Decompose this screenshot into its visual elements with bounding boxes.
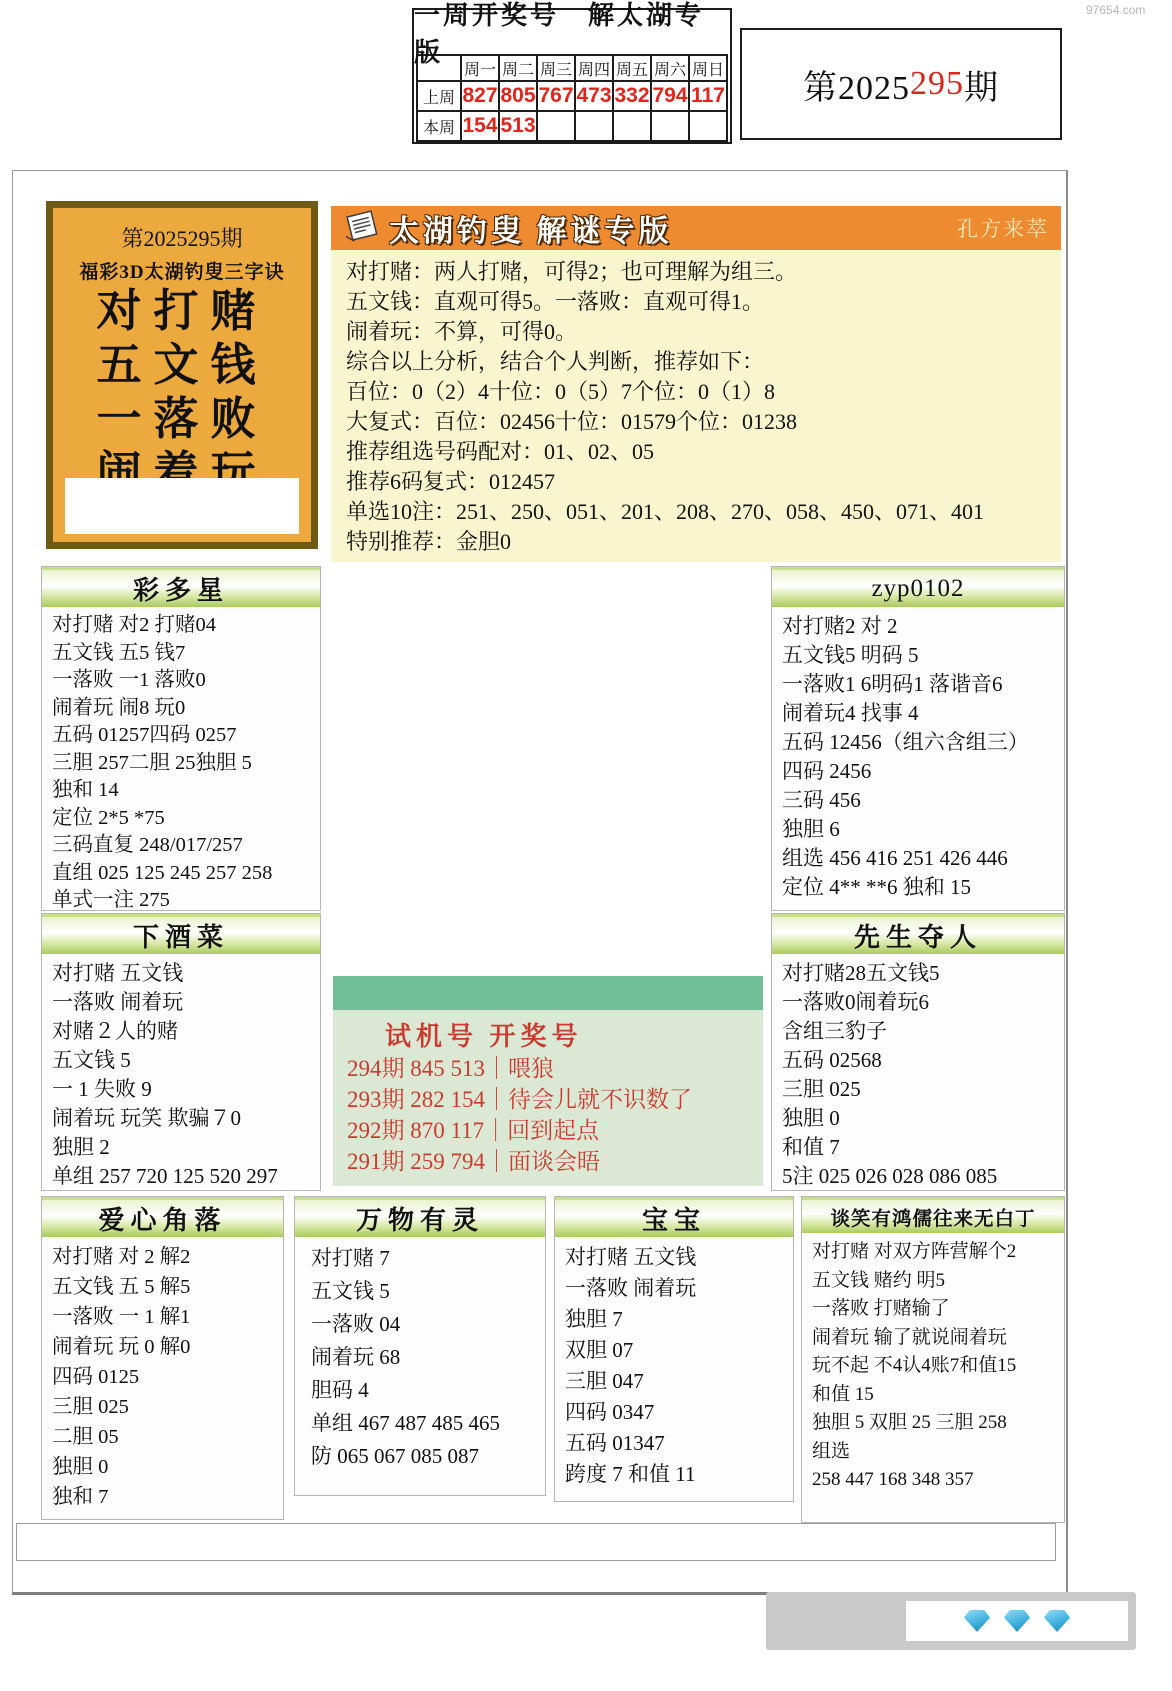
text-line: 五文钱 五 5 解5 <box>52 1272 273 1302</box>
panel-header: 彩多星 <box>42 567 320 607</box>
panel-wan-wu-you-ling: 万物有灵 对打赌 7五文钱 5一落败 04闹着玩 68胆码 4单组 467 48… <box>294 1196 546 1496</box>
table-cell: 周六 <box>651 55 689 81</box>
riddle-line: 一落败 <box>53 392 311 446</box>
text-line: 对打赌：两人打赌，可得2；也可理解为组三。 <box>346 257 1046 287</box>
main-content-frame: 第2025295期 福彩3D太湖钓叟三字诀 对打赌 五文钱 一落败 闹着玩 太湖… <box>12 170 1068 1595</box>
panel-header: 宝宝 <box>555 1197 793 1237</box>
draw-history-rows: 294期 845 513｜喂狼293期 282 154｜待会儿就不识数了292期… <box>333 1053 763 1177</box>
text-line: 单组 257 720 125 520 297 <box>52 1162 310 1191</box>
table-cell: 805 <box>499 81 537 111</box>
table-cell: 154 <box>461 111 499 141</box>
text-line: 对打赌28五文钱5 <box>782 959 1054 988</box>
text-line: 胆码 4 <box>311 1374 535 1407</box>
text-line: 单选10注：251、250、051、201、208、270、058、450、07… <box>346 497 1046 527</box>
week-table-title: 一周开奖号 解太湖专版 <box>414 10 730 54</box>
draw-history-title: 试机号 开奖号 <box>333 1010 763 1053</box>
table-cell: 周二 <box>499 55 537 81</box>
footer-blank-bar <box>16 1523 1056 1561</box>
text-line: 玩不起 不4认4账7和值15 <box>812 1352 1054 1381</box>
panel-body: 对打赌 7五文钱 5一落败 04闹着玩 68胆码 4单组 467 487 485… <box>295 1237 545 1478</box>
memo-icon <box>343 209 381 248</box>
text-line: 三码直复 248/017/257 <box>52 832 310 860</box>
analysis-panel-note: 孔方来萃 <box>957 213 1049 243</box>
text-line: 单式一注 275 <box>52 887 310 915</box>
text-line: 三码 456 <box>782 786 1054 815</box>
text-line: 一落败 闹着玩 <box>565 1273 783 1304</box>
text-line: 五码 01347 <box>565 1428 783 1459</box>
text-line: 293期 282 154｜待会儿就不识数了 <box>333 1084 763 1115</box>
panel-tan-xiao: 谈笑有鸿儒往来无白丁 对打赌 对双方阵营解个2五文钱 赌约 明5一落败 打赌输了… <box>801 1196 1065 1523</box>
diamond-icon <box>1004 1610 1030 1632</box>
text-line: 对赌２人的赌 <box>52 1017 310 1046</box>
text-line: 独胆 2 <box>52 1133 310 1162</box>
table-cell: 473 <box>575 81 613 111</box>
text-line: 292期 870 117｜回到起点 <box>333 1115 763 1146</box>
text-line: 五文钱 赌约 明5 <box>812 1267 1054 1296</box>
text-line: 五码 01257四码 0257 <box>52 722 310 750</box>
panel-body: 对打赌 五文钱一落败 闹着玩独胆 7双胆 07三胆 047四码 0347五码 0… <box>555 1237 793 1495</box>
panel-body: 对打赌 对2 打赌04五文钱 五5 钱7一落败 一1 落败0闹着玩 闹8 玩0五… <box>42 607 320 920</box>
text-line: 独胆 0 <box>52 1452 273 1482</box>
text-line: 防 065 067 085 087 <box>311 1440 535 1473</box>
panel-header: 谈笑有鸿儒往来无白丁 <box>802 1197 1064 1233</box>
text-line: 五文钱 5 <box>311 1275 535 1308</box>
text-line: 三胆 025 <box>782 1075 1054 1104</box>
text-line: 一落败0闹着玩6 <box>782 988 1054 1017</box>
table-cell <box>575 111 613 141</box>
analysis-panel-body: 对打赌：两人打赌，可得2；也可理解为组三。五文钱：直观可得5。一落败：直观可得1… <box>331 250 1061 562</box>
text-line: 推荐6码复式：012457 <box>346 467 1046 497</box>
text-line: 和值 15 <box>812 1381 1054 1410</box>
table-cell: 周一 <box>461 55 499 81</box>
text-line: 对打赌 五文钱 <box>52 959 310 988</box>
issue-suffix: 期 <box>964 60 999 109</box>
issue-highlight: 295 <box>910 65 964 103</box>
text-line: 三胆 257二胆 25独胆 5 <box>52 750 310 778</box>
panel-ai-xin-jiao-luo: 爱心角落 对打赌 对 2 解2五文钱 五 5 解5一落败 一 1 解1闹着玩 玩… <box>41 1196 284 1520</box>
text-line: 二胆 05 <box>52 1422 273 1452</box>
text-line: 含组三豹子 <box>782 1017 1054 1046</box>
text-line: 闹着玩 玩笑 欺骗７0 <box>52 1104 310 1133</box>
week-draw-table-box: 一周开奖号 解太湖专版 周一 周二 周三 周四 周五 周六 周日 上周 827 … <box>412 8 732 144</box>
text-line: 一 1 失败 9 <box>52 1075 310 1104</box>
text-line: 独胆 0 <box>782 1104 1054 1133</box>
panel-header: 爱心角落 <box>42 1197 283 1237</box>
text-line: 对打赌 7 <box>311 1242 535 1275</box>
text-line: 一落败 闹着玩 <box>52 988 310 1017</box>
panel-body: 对打赌28五文钱5一落败0闹着玩6含组三豹子五码 02568三胆 025独胆 0… <box>772 954 1064 1196</box>
text-line: 独和 14 <box>52 777 310 805</box>
panel-header: zyp0102 <box>772 567 1064 607</box>
text-line: 291期 259 794｜面谈会晤 <box>333 1146 763 1177</box>
footer-gray-bar <box>766 1592 1136 1650</box>
text-line: 四码 2456 <box>782 757 1054 786</box>
draw-history-header-band <box>333 976 763 1010</box>
panel-xia-jiu-cai: 下酒菜 对打赌 五文钱一落败 闹着玩对赌２人的赌五文钱 5一 1 失败 9闹着玩… <box>41 913 321 1191</box>
panel-xian-sheng-duo-ren: 先生夺人 对打赌28五文钱5一落败0闹着玩6含组三豹子五码 02568三胆 02… <box>771 913 1065 1191</box>
analysis-panel-header: 太湖钓叟 解谜专版 孔方来萃 <box>331 206 1061 250</box>
text-line: 闹着玩 闹8 玩0 <box>52 695 310 723</box>
table-cell: 794 <box>651 81 689 111</box>
text-line: 对打赌 五文钱 <box>565 1242 783 1273</box>
table-cell: 周三 <box>537 55 575 81</box>
text-line: 一落败 一 1 解1 <box>52 1302 273 1332</box>
text-line: 四码 0347 <box>565 1397 783 1428</box>
riddle-line: 对打赌 <box>53 284 311 338</box>
text-line: 一落败 04 <box>311 1308 535 1341</box>
table-cell: 117 <box>689 81 727 111</box>
riddle-card-subtitle: 福彩3D太湖钓叟三字诀 <box>53 257 311 284</box>
issue-number-box: 第2025295期 <box>740 28 1062 140</box>
text-line: 闹着玩4 找事 4 <box>782 699 1054 728</box>
text-line: 闹着玩 玩 0 解0 <box>52 1332 273 1362</box>
riddle-card-blank-box <box>65 478 299 534</box>
text-line: 独胆 5 双胆 25 三胆 258 <box>812 1409 1054 1438</box>
riddle-card: 第2025295期 福彩3D太湖钓叟三字诀 对打赌 五文钱 一落败 闹着玩 <box>46 201 318 549</box>
issue-prefix: 第2025 <box>803 60 910 109</box>
riddle-card-issue: 第2025295期 <box>53 222 311 253</box>
text-line: 直组 025 125 245 257 258 <box>52 860 310 888</box>
panel-header: 下酒菜 <box>42 914 320 954</box>
text-line: 对打赌 对双方阵营解个2 <box>812 1238 1054 1267</box>
panel-body: 对打赌2 对 2五文钱5 明码 5一落败1 6明码1 落谐音6闹着玩4 找事 4… <box>772 607 1064 907</box>
table-cell <box>651 111 689 141</box>
text-line: 百位：0（2）4十位：0（5）7个位：0（1）8 <box>346 377 1046 407</box>
text-line: 五文钱 五5 钱7 <box>52 640 310 668</box>
text-line: 独和 7 <box>52 1482 273 1512</box>
panel-header: 先生夺人 <box>772 914 1064 954</box>
text-line: 双胆 07 <box>565 1335 783 1366</box>
text-line: 闹着玩 68 <box>311 1341 535 1374</box>
text-line: 258 447 168 348 357 <box>812 1466 1054 1495</box>
text-line: 一落败 打赌输了 <box>812 1295 1054 1324</box>
site-watermark: 97654.com <box>1086 3 1145 17</box>
text-line: 独胆 7 <box>565 1304 783 1335</box>
panel-body: 对打赌 对 2 解2五文钱 五 5 解5一落败 一 1 解1闹着玩 玩 0 解0… <box>42 1237 283 1517</box>
table-cell: 827 <box>461 81 499 111</box>
table-cell: 周四 <box>575 55 613 81</box>
text-line: 对打赌 对2 打赌04 <box>52 612 310 640</box>
table-cell: 上周 <box>417 81 461 111</box>
analysis-panel-title: 太湖钓叟 解谜专版 <box>389 206 673 250</box>
text-line: 独胆 6 <box>782 815 1054 844</box>
panel-body: 对打赌 五文钱一落败 闹着玩对赌２人的赌五文钱 5一 1 失败 9闹着玩 玩笑 … <box>42 954 320 1196</box>
riddle-line: 五文钱 <box>53 338 311 392</box>
text-line: 综合以上分析，结合个人判断，推荐如下： <box>346 347 1046 377</box>
table-cell: 周五 <box>613 55 651 81</box>
text-line: 一落败1 6明码1 落谐音6 <box>782 670 1054 699</box>
gem-box <box>906 1601 1128 1641</box>
text-line: 五码 12456（组六含组三） <box>782 728 1054 757</box>
text-line: 三胆 047 <box>565 1366 783 1397</box>
text-line: 294期 845 513｜喂狼 <box>333 1053 763 1084</box>
panel-cai-duo-xing: 彩多星 对打赌 对2 打赌04五文钱 五5 钱7一落败 一1 落败0闹着玩 闹8… <box>41 566 321 911</box>
panel-zyp0102: zyp0102 对打赌2 对 2五文钱5 明码 5一落败1 6明码1 落谐音6闹… <box>771 566 1065 911</box>
text-line: 一落败 一1 落败0 <box>52 667 310 695</box>
panel-bao-bao: 宝宝 对打赌 五文钱一落败 闹着玩独胆 7双胆 07三胆 047四码 0347五… <box>554 1196 794 1502</box>
text-line: 单组 467 487 485 465 <box>311 1407 535 1440</box>
table-cell: 513 <box>499 111 537 141</box>
text-line: 闹着玩：不算，可得0。 <box>346 317 1046 347</box>
text-line: 五文钱：直观可得5。一落败：直观可得1。 <box>346 287 1046 317</box>
text-line: 和值 7 <box>782 1133 1054 1162</box>
text-line: 五码 02568 <box>782 1046 1054 1075</box>
text-line: 定位 2*5 *75 <box>52 805 310 833</box>
diamond-icon <box>1044 1610 1070 1632</box>
text-line: 跨度 7 和值 11 <box>565 1459 783 1490</box>
text-line: 大复式：百位：02456十位：01579个位：01238 <box>346 407 1046 437</box>
text-line: 定位 4** **6 独和 15 <box>782 873 1054 902</box>
text-line: 三胆 025 <box>52 1392 273 1422</box>
text-line: 特别推荐：金胆0 <box>346 527 1046 557</box>
text-line: 五文钱 5 <box>52 1046 310 1075</box>
text-line: 五文钱5 明码 5 <box>782 641 1054 670</box>
table-cell: 332 <box>613 81 651 111</box>
text-line: 闹着玩 输了就说闹着玩 <box>812 1324 1054 1353</box>
panel-body: 对打赌 对双方阵营解个2五文钱 赌约 明5一落败 打赌输了闹着玩 输了就说闹着玩… <box>802 1233 1064 1500</box>
panel-header: 万物有灵 <box>295 1197 545 1237</box>
text-line: 组选 456 416 251 426 446 <box>782 844 1054 873</box>
table-row: 上周 827 805 767 473 332 794 117 <box>417 81 727 111</box>
table-cell <box>537 111 575 141</box>
table-cell <box>613 111 651 141</box>
text-line: 组选 <box>812 1438 1054 1467</box>
table-cell: 周日 <box>689 55 727 81</box>
analysis-panel: 太湖钓叟 解谜专版 孔方来萃 对打赌：两人打赌，可得2；也可理解为组三。五文钱：… <box>331 206 1061 562</box>
text-line: 对打赌 对 2 解2 <box>52 1242 273 1272</box>
text-line: 5注 025 026 028 086 085 <box>782 1162 1054 1191</box>
text-line: 推荐组选号码配对：01、02、05 <box>346 437 1046 467</box>
table-cell: 767 <box>537 81 575 111</box>
diamond-icon <box>964 1610 990 1632</box>
table-cell <box>689 111 727 141</box>
text-line: 四码 0125 <box>52 1362 273 1392</box>
draw-history-panel: 试机号 开奖号 294期 845 513｜喂狼293期 282 154｜待会儿就… <box>333 976 763 1186</box>
table-row: 本周 154 513 <box>417 111 727 141</box>
text-line: 对打赌2 对 2 <box>782 612 1054 641</box>
table-cell: 本周 <box>417 111 461 141</box>
